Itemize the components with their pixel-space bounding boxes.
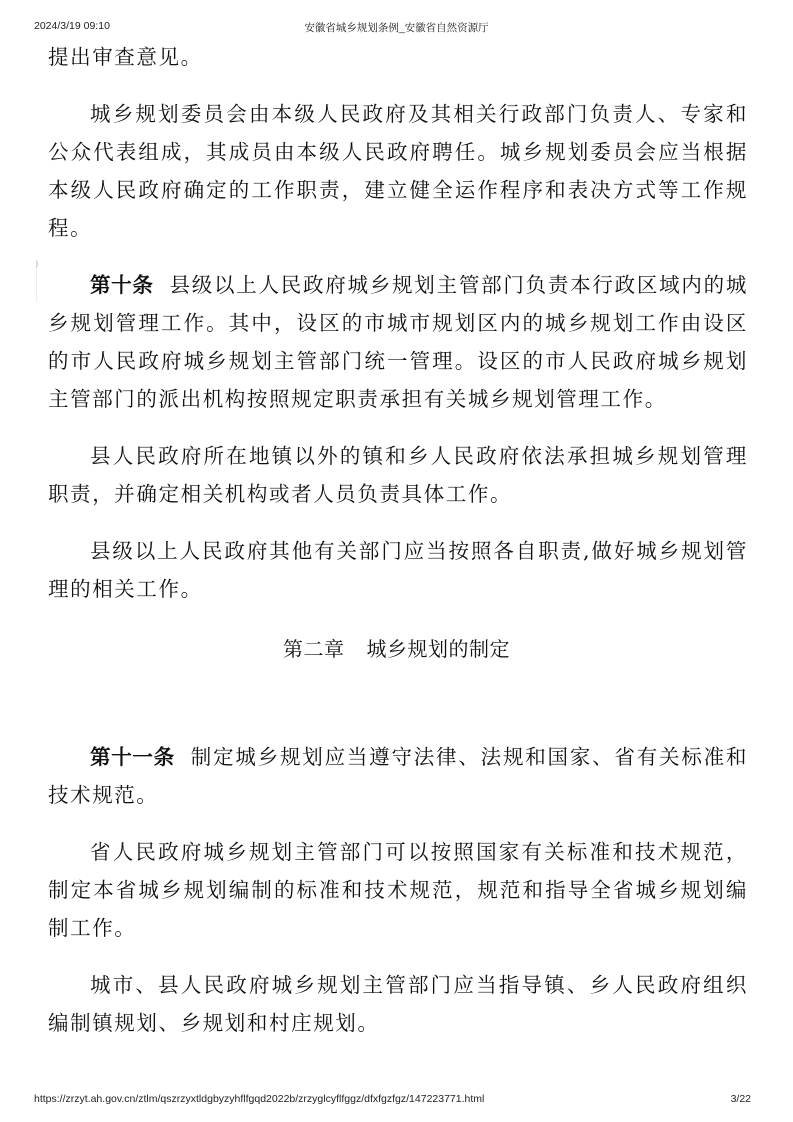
paragraph-provincial-standards: 省人民政府城乡规划主管部门可以按照国家有关标准和技术规范，制定本省城乡规划编制的… [48, 833, 748, 947]
paragraph-county-guidance: 城市、县人民政府城乡规划主管部门应当指导镇、乡人民政府组织编制镇规划、乡规划和村… [48, 966, 748, 1042]
chapter-number: 第二章 [283, 637, 345, 661]
article-11: 第十一条制定城乡规划应当遵守法律、法规和国家、省有关标准和技术规范。 [48, 738, 748, 814]
article-11-label: 第十一条 [90, 745, 175, 769]
paragraph-town-government: 县人民政府所在地镇以外的镇和乡人民政府依法承担城乡规划管理职责，并确定相关机构或… [48, 437, 748, 513]
margin-mark: ) [36, 262, 43, 302]
chapter-heading: 第二章城乡规划的制定 [0, 633, 793, 662]
page-number: 3/22 [731, 1093, 751, 1105]
paragraph-continuation: 提出审查意见。 [48, 38, 748, 76]
article-10-text: 县级以上人民政府城乡规划主管部门负责本行政区域内的城乡规划管理工作。其中，设区的… [48, 273, 748, 411]
document-body: 提出审查意见。 城乡规划委员会由本级人民政府及其相关行政部门负责人、专家和公众代… [48, 38, 748, 608]
paragraph-other-departments: 县级以上人民政府其他有关部门应当按照各自职责,做好城乡规划管理的相关工作。 [48, 532, 748, 608]
page-title: 安徽省城乡规划条例_安徽省自然资源厅 [0, 20, 793, 35]
article-10: 第十条县级以上人民政府城乡规划主管部门负责本行政区域内的城乡规划管理工作。其中，… [48, 266, 748, 418]
margin-glyph: ) [35, 260, 39, 270]
paragraph-committee: 城乡规划委员会由本级人民政府及其相关行政部门负责人、专家和公众代表组成，其成员由… [48, 95, 748, 247]
source-url: https://zrzyt.ah.gov.cn/ztlm/qszrzyxtldg… [34, 1093, 484, 1105]
article-10-label: 第十条 [90, 273, 153, 297]
chapter-title: 城乡规划的制定 [367, 637, 511, 661]
document-body-chapter-2: 第十一条制定城乡规划应当遵守法律、法规和国家、省有关标准和技术规范。 省人民政府… [48, 738, 748, 1042]
